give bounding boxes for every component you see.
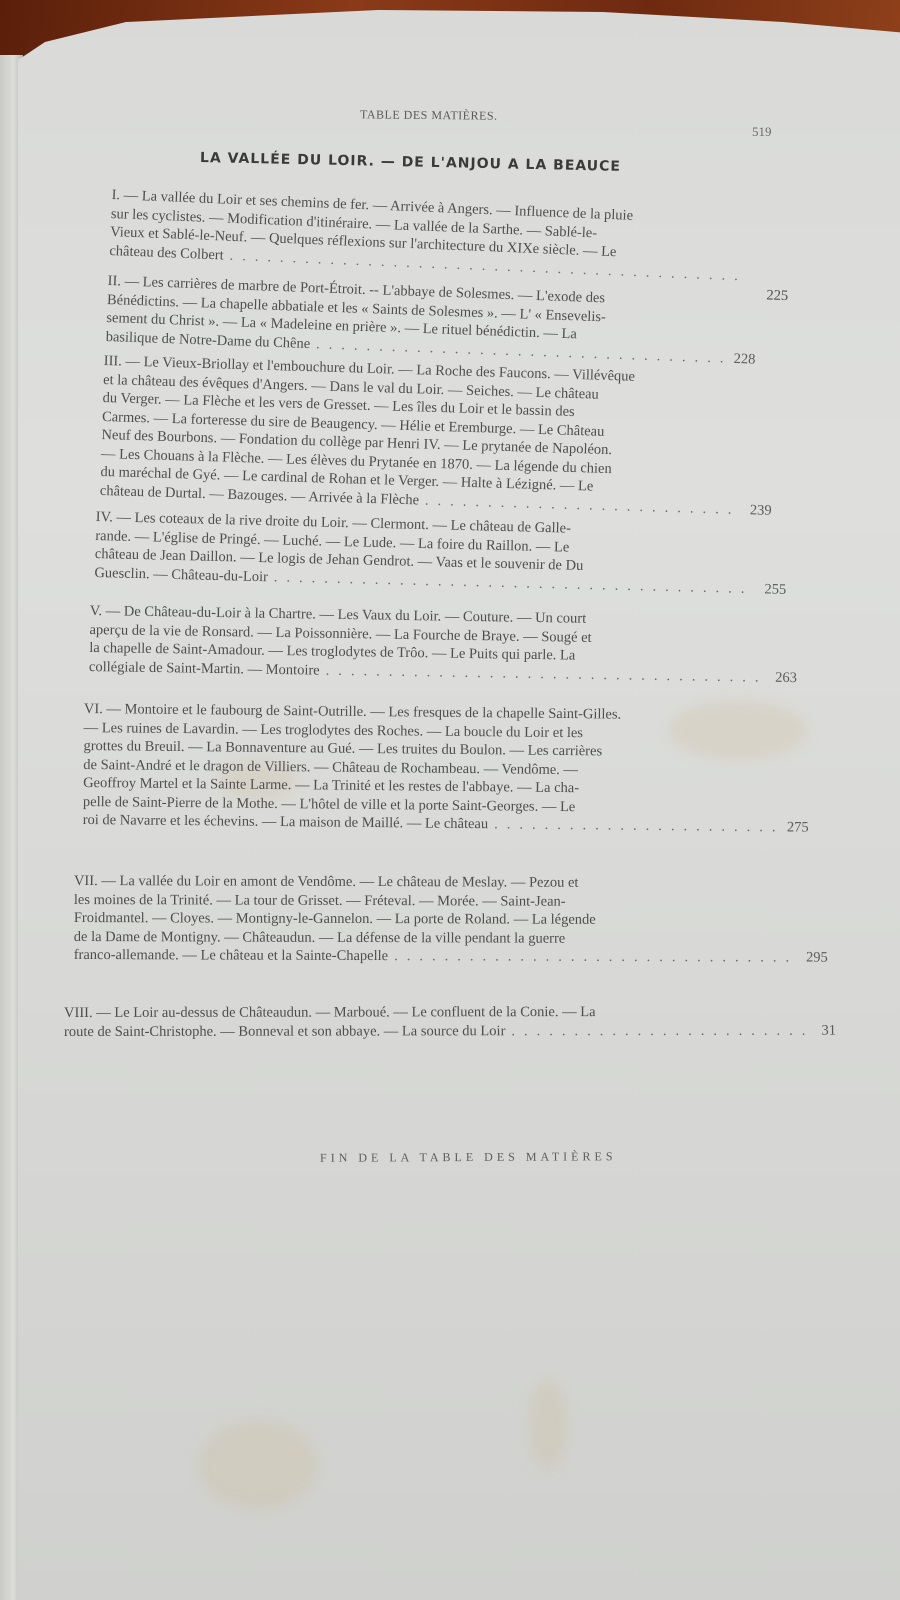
photo-scene: TABLE DES MATIÈRES. 519 LA VALLÉE DU LOI… [0, 0, 900, 1600]
toc-entry-chapter-3: III. — Le Vieux-Briollay et l'embouchure… [100, 352, 776, 520]
page-number: 519 [752, 124, 772, 140]
entry-page-number: 228 [733, 349, 755, 368]
entry-page-number: 295 [806, 949, 828, 968]
entry-line: collégiale de Saint-Martin. — Montoire [89, 657, 320, 679]
section-title: LA VALLÉE DU LOIR. — DE L'ANJOU A LA BEA… [200, 150, 621, 175]
entry-page-number: 239 [750, 501, 772, 520]
toc-entry-chapter-7: VII. — La vallée du Loir en amont de Ven… [74, 872, 828, 967]
entry-page-number: 263 [775, 668, 797, 687]
entry-page-number: 31 [822, 1021, 837, 1040]
entry-line: Froidmantel. — Cloyes. — Montigny-le-Gan… [74, 909, 828, 930]
dot-leader: ........................................… [394, 947, 796, 967]
entry-line: VIII. — Le Loir au-dessus de Châteaudun.… [64, 1003, 836, 1023]
toc-entry-chapter-5: V. — De Château-du-Loir à la Chartre. — … [89, 602, 798, 687]
end-note: FIN DE LA TABLE DES MATIÈRES [320, 1149, 617, 1166]
toc-entry-chapter-6: VI. — Montoire et le faubourg de Saint-O… [83, 700, 810, 837]
entry-line: route de Saint-Christophe. — Bonneval et… [64, 1022, 505, 1041]
entry-page-number: 255 [764, 580, 786, 599]
toc-content: TABLE DES MATIÈRES. 519 LA VALLÉE DU LOI… [0, 0, 900, 1600]
entry-page-number: 275 [787, 818, 809, 837]
toc-entry-chapter-8: VIII. — Le Loir au-dessus de Châteaudun.… [64, 1003, 836, 1041]
entry-line: VII. — La vallée du Loir en amont de Ven… [74, 872, 828, 893]
toc-entry-chapter-4: IV. — Les coteaux de la rive droite du L… [94, 508, 788, 599]
dot-leader: ........................................… [511, 1021, 811, 1040]
entry-line: franco-allemande. — Le château et la Sai… [74, 946, 388, 966]
dot-leader: ........................................… [494, 815, 777, 836]
entry-line: Guesclin. — Château-du-Loir [94, 563, 268, 586]
running-head: TABLE DES MATIÈRES. [360, 107, 498, 123]
entry-line: roi de Navarre et les échevins. — La mai… [83, 811, 489, 834]
